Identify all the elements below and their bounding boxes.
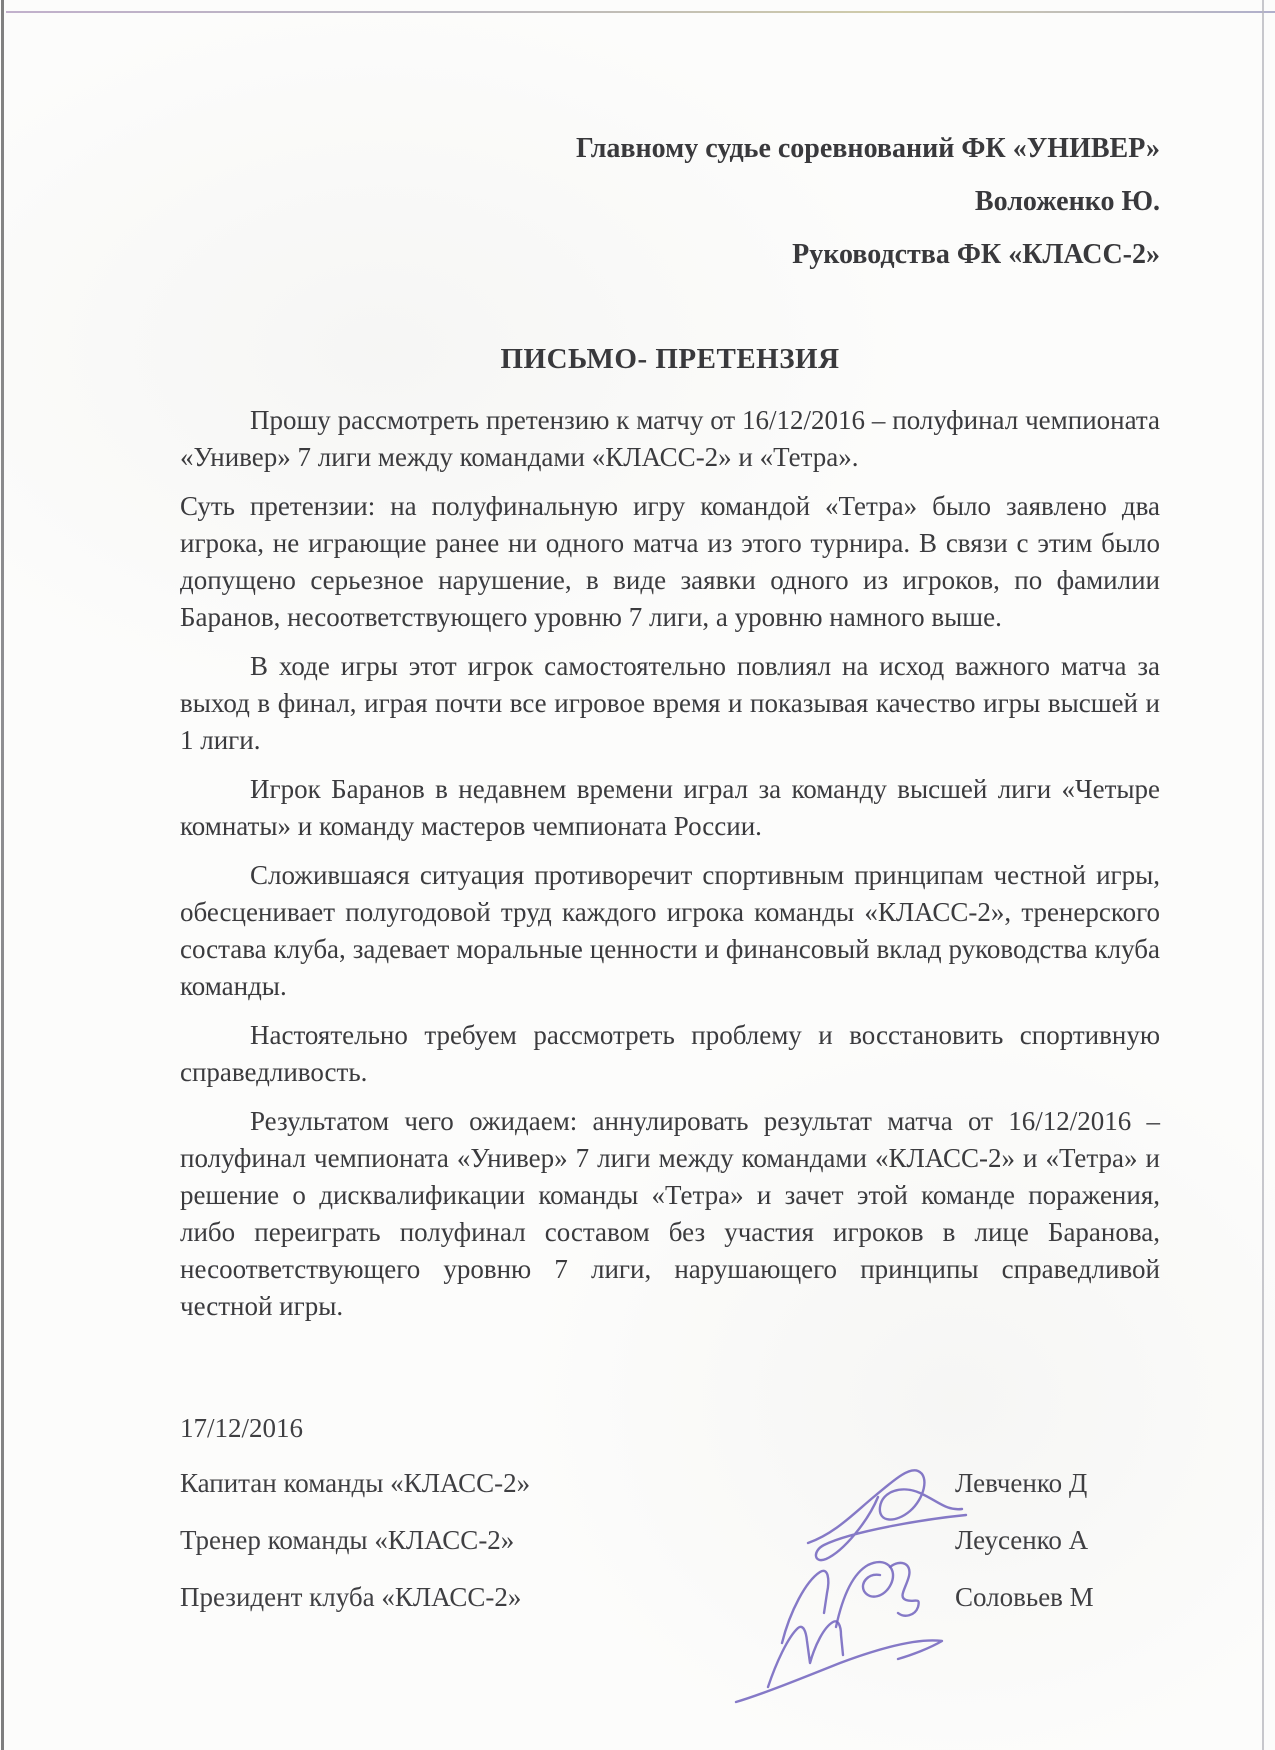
letter-date: 17/12/2016 (180, 1411, 1160, 1445)
recipient-block: Главному судье соревнований ФК «УНИВЕР» … (180, 122, 1160, 281)
signature-row-president: Президент клуба «КЛАСС-2» Соловьев М (180, 1579, 1160, 1616)
signature-role: Президент клуба «КЛАСС-2» (180, 1579, 521, 1616)
signature-name: Леусенко А (955, 1522, 1160, 1559)
recipient-line-3: Руководства ФК «КЛАСС-2» (180, 228, 1160, 281)
paragraph-2: Суть претензии: на полуфинальную игру ко… (180, 488, 1160, 636)
letter-body: Прошу рассмотреть претензию к матчу от 1… (180, 402, 1160, 1325)
scanned-letter-page: Главному судье соревнований ФК «УНИВЕР» … (0, 0, 1275, 1750)
paragraph-4: Игрок Баранов в недавнем времени играл з… (180, 771, 1160, 845)
signature-role: Капитан команды «КЛАСС-2» (180, 1465, 530, 1502)
solovyov-signature-ink (736, 1621, 942, 1702)
paragraph-5: Сложившаяся ситуация противоречит спорти… (180, 857, 1160, 1005)
letter-content: Главному судье соревнований ФК «УНИВЕР» … (180, 0, 1160, 1616)
signature-row-coach: Тренер команды «КЛАСС-2» Леусенко А (180, 1522, 1160, 1559)
signature-role: Тренер команды «КЛАСС-2» (180, 1522, 514, 1559)
recipient-line-2: Воложенко Ю. (180, 175, 1160, 228)
paragraph-1: Прошу рассмотреть претензию к матчу от 1… (180, 402, 1160, 476)
scan-edge-right (1262, 0, 1264, 1750)
signature-name: Левченко Д (955, 1465, 1160, 1502)
paragraph-3: В ходе игры этот игрок самостоятельно по… (180, 648, 1160, 759)
scan-edge-left (1, 0, 4, 1750)
recipient-line-1: Главному судье соревнований ФК «УНИВЕР» (180, 122, 1160, 175)
signature-name: Соловьев М (955, 1579, 1160, 1616)
paragraph-6: Настоятельно требуем рассмотреть проблем… (180, 1017, 1160, 1091)
paragraph-7: Результатом чего ожидаем: аннулировать р… (180, 1103, 1160, 1325)
letter-title: ПИСЬМО- ПРЕТЕНЗИЯ (180, 343, 1160, 376)
signature-row-captain: Капитан команды «КЛАСС-2» Левченко Д (180, 1465, 1160, 1502)
